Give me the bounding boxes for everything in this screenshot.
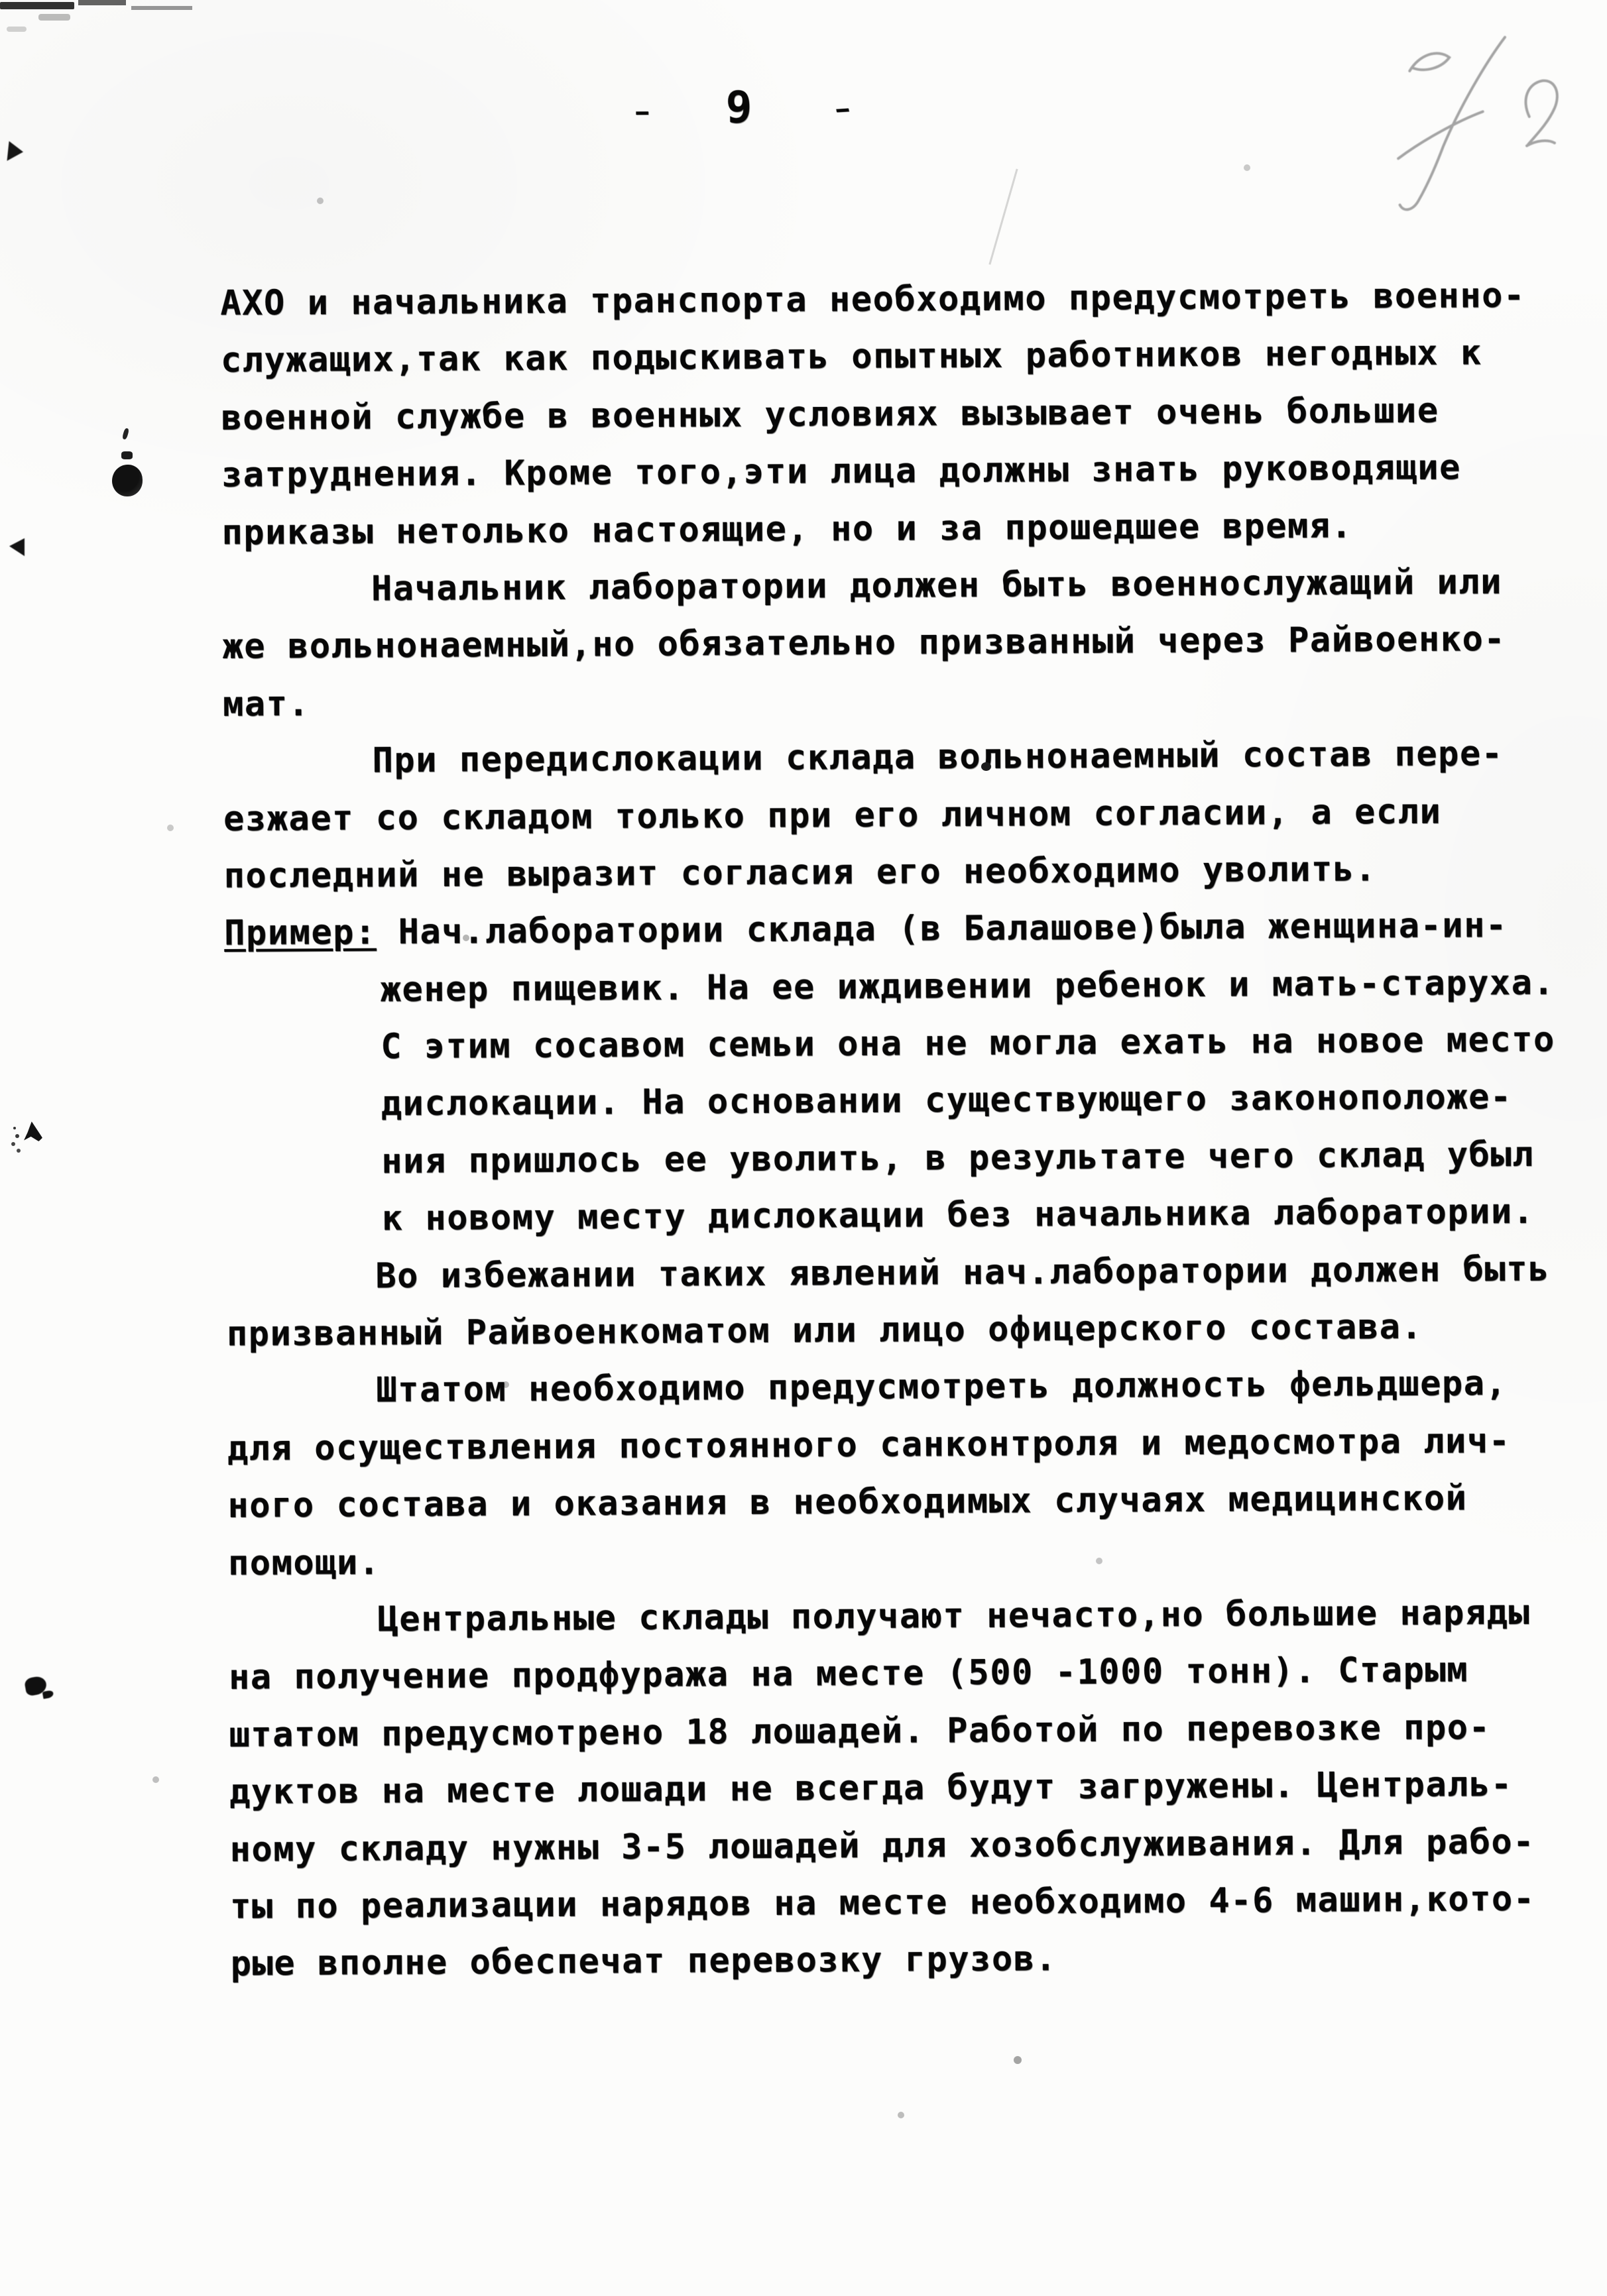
page-number-value: 9 <box>726 82 752 133</box>
text-line: рые вполне обеспечат перевозку грузов. <box>231 1936 1607 2002</box>
text-line: дуктов на месте лошади не всегда будут з… <box>229 1764 1607 1829</box>
example-label: Пример: <box>224 913 377 953</box>
ink-dot-circle <box>112 465 143 496</box>
scan-noise-top-edge <box>0 2 74 9</box>
text-line: к новому месту дислокации без начальника… <box>226 1192 1607 1257</box>
text-line: ния пришлось ее уволить, в результате че… <box>225 1134 1607 1200</box>
document-body: АХО и начальника транспорта необходимо п… <box>220 275 1607 2001</box>
page-number-dash-left: - <box>630 99 654 125</box>
example-text: Нач.лаборатории склада (в Балашове)была … <box>377 905 1508 952</box>
text-line: мат. <box>223 676 1604 742</box>
scan-noise-top-edge <box>38 14 70 21</box>
text-line: дислокации. На основании существующего з… <box>225 1077 1607 1143</box>
text-line: С этим сосавом семьи она не могла ехать … <box>225 1019 1606 1085</box>
scan-noise-top-edge <box>131 6 192 10</box>
text-line: ты по реализации нарядов на месте необхо… <box>230 1878 1607 1944</box>
page-number-dash-right: - <box>828 96 857 123</box>
ink-blob-triangle-left <box>9 538 25 556</box>
text-line: военной службе в военных условиях вызыва… <box>221 390 1602 455</box>
text-line: Во избежании таких явлений нач.лаборатор… <box>226 1249 1607 1314</box>
text-line: Центральные склады получают нечасто,но б… <box>228 1592 1607 1658</box>
text-line-example: Пример: Нач.лаборатории склада (в Балашо… <box>224 905 1606 971</box>
text-line: При передислокации склада вольнонаемный … <box>223 733 1604 799</box>
ink-blob-triangle-right <box>7 141 24 162</box>
text-line: приказы нетолько настоящие, но и за прош… <box>221 504 1603 570</box>
text-line: ного состава и оказания в необходимых сл… <box>227 1477 1607 1543</box>
pencil-stroke <box>1409 53 1449 71</box>
text-line: призванный Райвоенкоматом или лицо офице… <box>227 1306 1607 1371</box>
text-line: женер пищевик. На ее иждивении ребенок и… <box>225 962 1606 1028</box>
ink-speck-column <box>13 1127 16 1129</box>
text-line: ному складу нужны 3-5 лошадей для хозобс… <box>229 1821 1607 1887</box>
handwritten-annotation <box>1351 4 1571 224</box>
scan-skew-wrapper: - 9 - АХО и начальника транспорта необхо… <box>0 0 1607 2296</box>
text-line: Штатом необходимо предусмотреть должност… <box>227 1363 1607 1429</box>
text-line: служащих,так как подыскивать опытных раб… <box>221 333 1602 398</box>
page-number: - 9 - <box>630 81 854 133</box>
text-line: помощи. <box>228 1535 1607 1601</box>
text-line: последний не выразит согласия его необхо… <box>224 848 1606 913</box>
ink-squiggle <box>121 451 133 459</box>
text-line: езжает со складом только при его личном … <box>223 791 1605 856</box>
text-line: штатом предусмотрено 18 лошадей. Работой… <box>229 1707 1607 1772</box>
paper-specks <box>0 0 4 4</box>
ink-dot <box>981 762 991 771</box>
scanned-document-page: - 9 - АХО и начальника транспорта необхо… <box>0 0 1607 2296</box>
scan-noise-top-edge <box>7 27 27 32</box>
text-line: затруднения. Кроме того,эти лица должны … <box>221 447 1603 512</box>
text-line: АХО и начальника транспорта необходимо п… <box>220 275 1602 341</box>
text-line: же вольнонаемный,но обязательно призванн… <box>222 619 1604 685</box>
text-line: на получение продфуража на месте (500 -1… <box>229 1650 1607 1715</box>
text-line: Начальник лаборатории должен быть военно… <box>222 561 1604 627</box>
text-line: для осуществления постоянного санконтрол… <box>227 1420 1607 1486</box>
scan-noise-top-edge <box>78 0 126 5</box>
pencil-stroke <box>1525 81 1557 144</box>
